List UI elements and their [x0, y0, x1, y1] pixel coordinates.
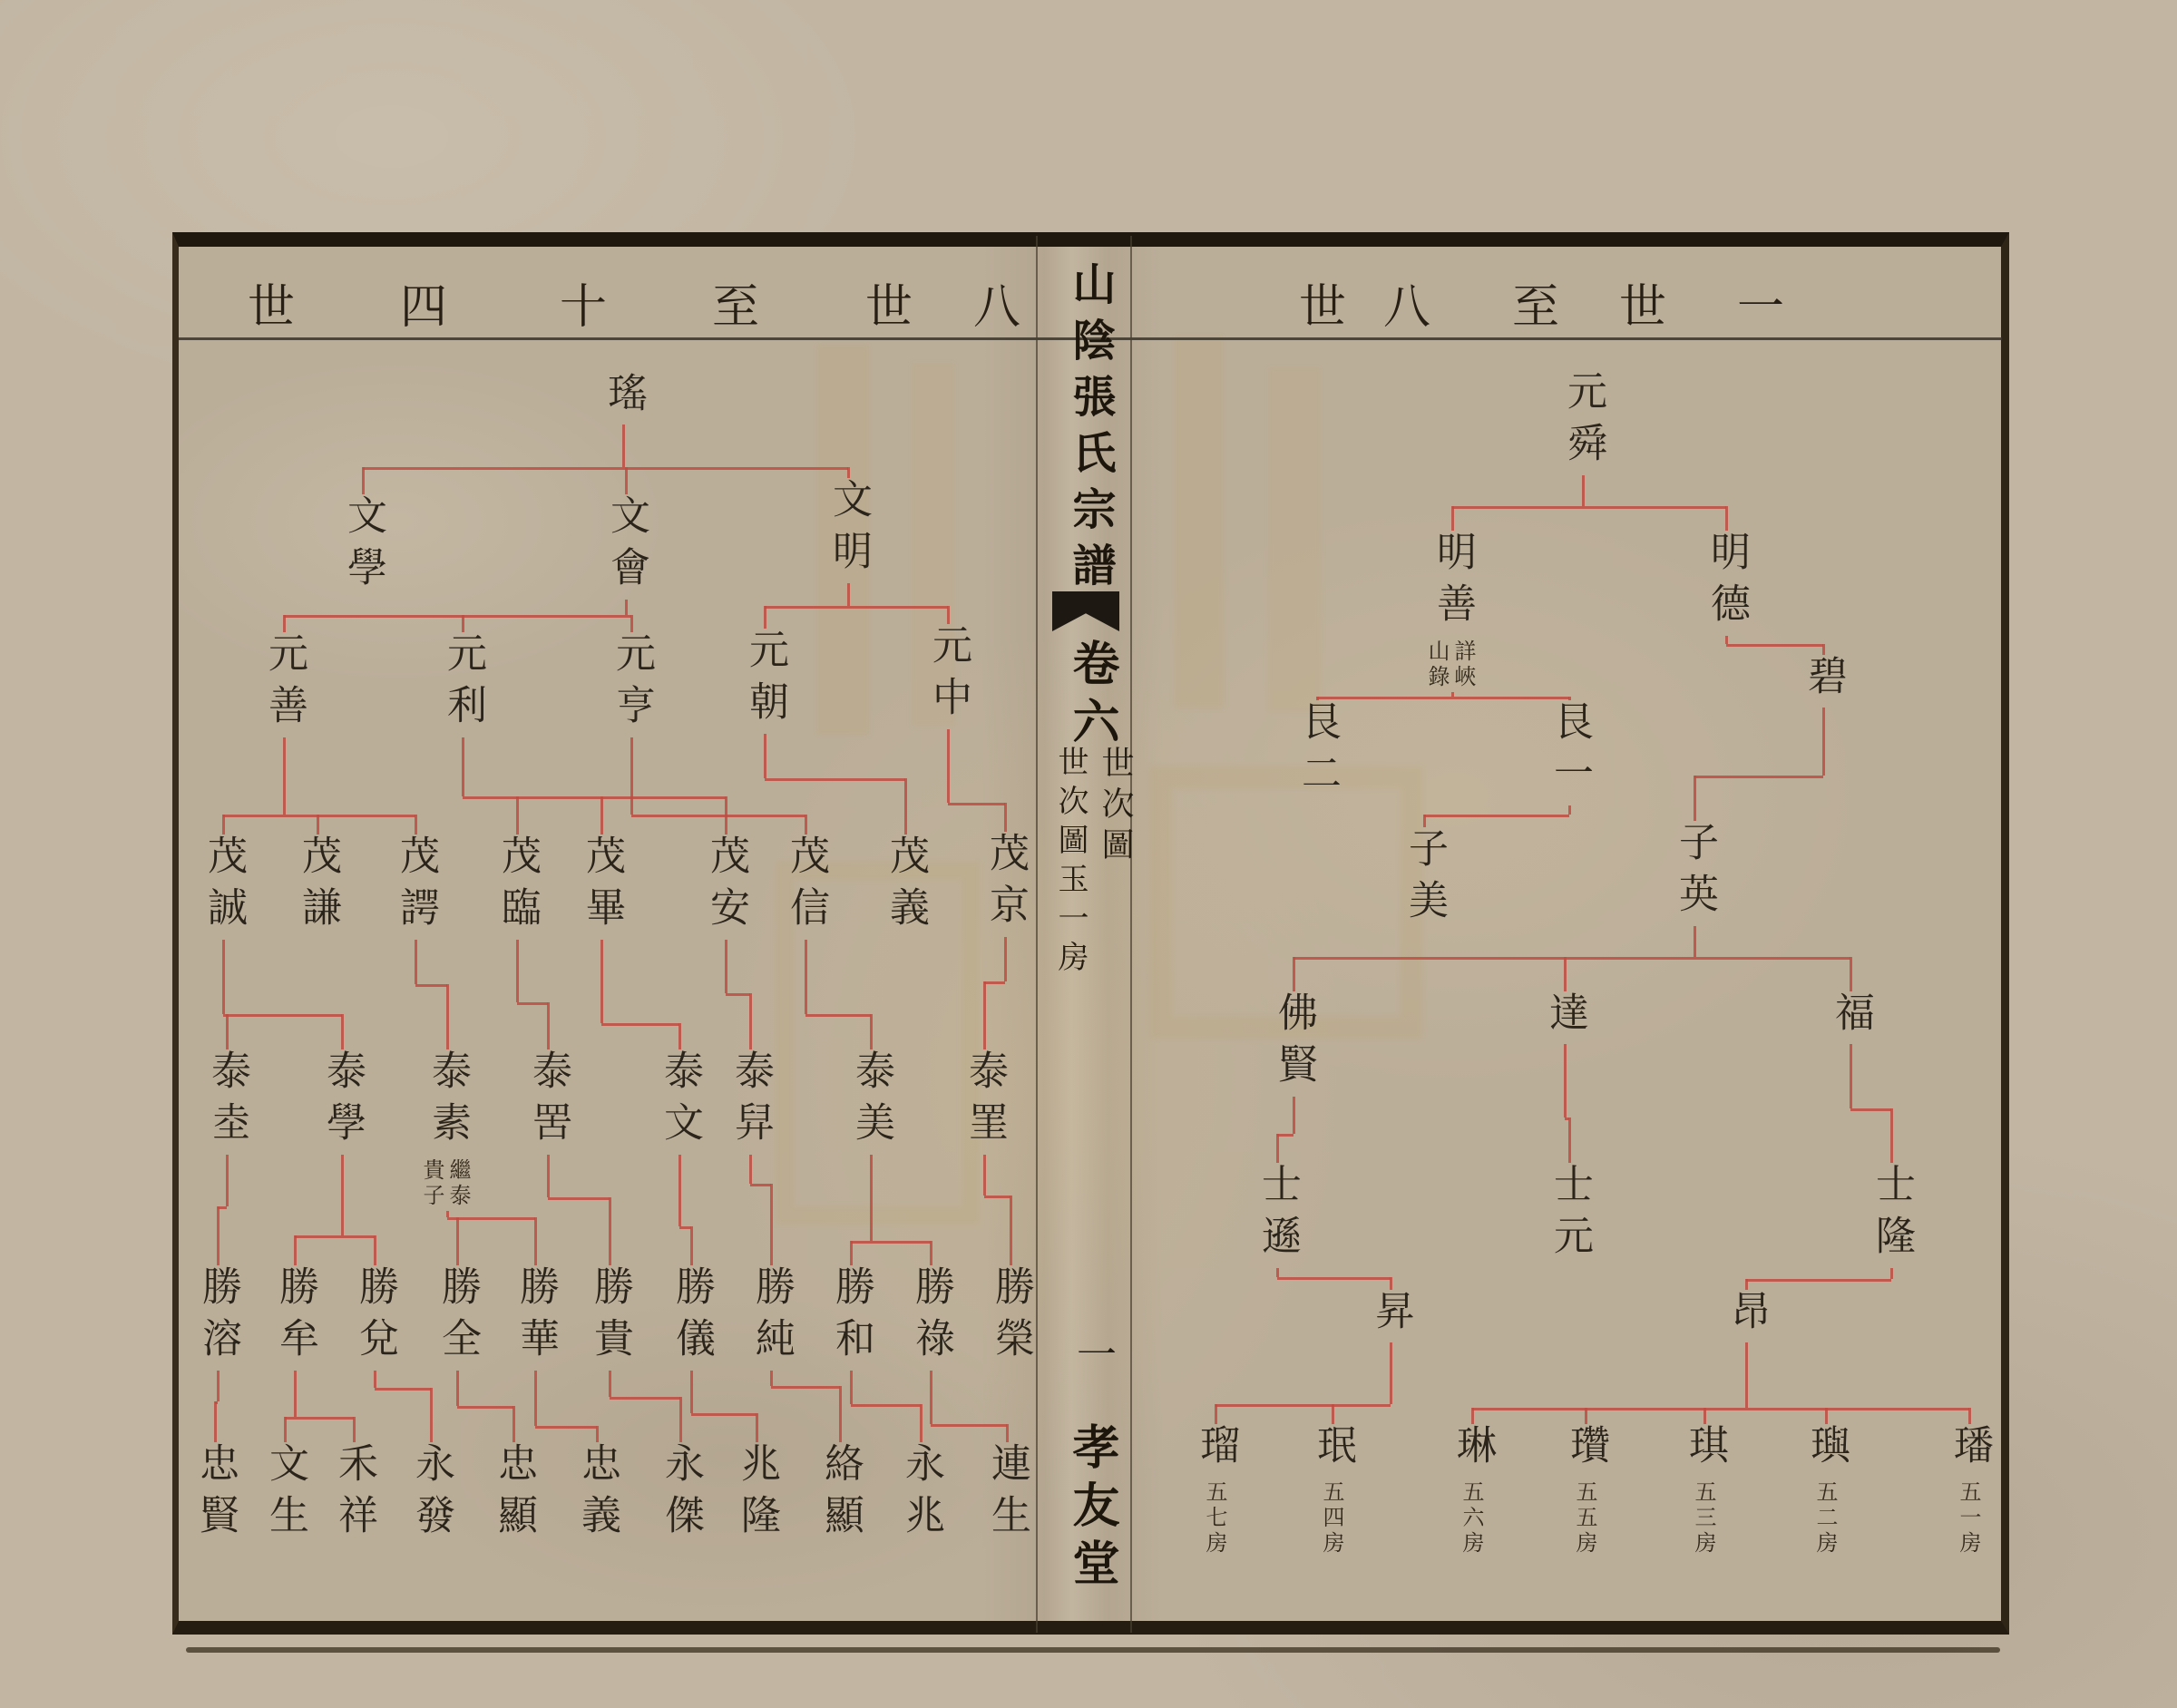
connector-child-drop	[749, 993, 752, 1049]
connector-child-drop	[1568, 697, 1571, 700]
connector-rail	[463, 796, 726, 799]
connector-parent-drop	[1390, 1342, 1392, 1404]
connector-child-drop	[1745, 1279, 1748, 1290]
chart-label: 世次圖	[1092, 746, 1138, 868]
connector-parent-drop	[1276, 1268, 1279, 1277]
connector-rail	[765, 606, 948, 609]
tree-node-L13-7: 勝儀	[670, 1265, 712, 1369]
connector-parent-drop	[850, 1371, 853, 1404]
tree-node-L10-5: 元中	[927, 624, 969, 727]
connector-child-drop	[1968, 1408, 1971, 1424]
annotation-L12-3: 繼泰貴子	[420, 1158, 470, 1209]
connector-rail	[1294, 957, 1850, 960]
tree-node-L11-1: 茂誠	[202, 834, 244, 938]
branch-note-R8-3: 五三房	[1692, 1480, 1715, 1557]
connector-child-drop	[214, 1401, 217, 1442]
tree-node-L11-6: 茂安	[705, 834, 747, 938]
tree-node-L11-7: 茂信	[785, 834, 826, 938]
spine-right-line	[1130, 236, 1132, 1633]
header-char-left: 世	[862, 268, 916, 337]
tree-node-L10-1: 元善	[263, 632, 305, 736]
tree-node-L12-6: 泰舁	[729, 1049, 771, 1153]
tree-node-L11-4: 茂臨	[496, 834, 538, 938]
connector-child-drop	[516, 796, 519, 834]
connector-parent-drop	[1822, 708, 1825, 776]
tree-node-L13-2: 勝牟	[274, 1265, 316, 1369]
header-char-right: 世	[1295, 268, 1350, 337]
connector-child-drop	[1293, 957, 1295, 991]
tree-node-L14-7: 永傑	[659, 1442, 701, 1546]
hall-name: 孝友堂	[1058, 1422, 1126, 1596]
connector-parent-drop	[1725, 636, 1728, 644]
connector-child-drop	[1704, 1408, 1706, 1424]
tree-node-L12-3: 泰素	[426, 1049, 468, 1153]
connector-parent-drop	[1004, 937, 1007, 981]
connector-parent-drop	[600, 940, 603, 1023]
connector-child-drop	[1276, 1134, 1279, 1163]
spine-left-line	[1036, 236, 1038, 1633]
connector-parent-drop	[725, 940, 727, 993]
connector-rail	[363, 467, 848, 470]
connector-child-drop	[625, 467, 628, 494]
connector-child-drop	[1006, 1424, 1009, 1442]
connector-rail	[771, 1386, 840, 1389]
connector-rail	[415, 984, 447, 987]
connector-child-drop	[222, 815, 225, 834]
connector-child-drop	[294, 1235, 297, 1265]
connector-rail	[1215, 1404, 1391, 1407]
connector-child-drop	[764, 606, 766, 629]
connector-parent-drop	[534, 1371, 537, 1426]
tree-node-L14-1: 忠賢	[194, 1442, 236, 1546]
connector-child-drop	[596, 1426, 599, 1442]
connector-child-drop	[609, 1197, 611, 1265]
connector-parent-drop	[462, 737, 464, 796]
tree-node-R7-2: 昇	[1370, 1290, 1411, 1342]
connector-parent-drop	[1582, 475, 1585, 506]
connector-rail	[295, 1235, 375, 1238]
tree-node-L13-9: 勝和	[830, 1265, 872, 1369]
connector-child-drop	[839, 1386, 842, 1442]
connector-child-drop	[600, 796, 603, 834]
connector-parent-drop	[770, 1371, 773, 1386]
tree-node-L11-8: 茂義	[884, 834, 926, 938]
connector-parent-drop	[1293, 1097, 1295, 1134]
header-char-right: 八	[1380, 268, 1434, 337]
tree-node-L14-11: 連生	[986, 1442, 1028, 1546]
connector-child-drop	[374, 1235, 376, 1265]
tree-node-R8-3: 琪	[1684, 1424, 1725, 1476]
tree-node-L12-7: 泰美	[850, 1049, 892, 1153]
connector-child-drop	[1850, 957, 1852, 991]
connector-child-drop	[1568, 1118, 1571, 1163]
connector-child-drop	[341, 1014, 344, 1049]
tree-node-L12-4: 泰罟	[527, 1049, 569, 1153]
tree-node-R6-2: 士元	[1548, 1163, 1590, 1266]
scanned-genealogy-photo: 山陰張氏宗譜 卷六 世次圖 世次圖玉一房 一 孝友堂 世四十至世八世八至世一瑤文…	[0, 0, 2177, 1708]
tree-node-R5-1: 福	[1830, 991, 1871, 1043]
annotation-column: 貴子	[420, 1158, 444, 1209]
connector-child-drop	[847, 467, 850, 478]
connector-parent-drop	[749, 1155, 752, 1184]
connector-rail	[285, 1417, 354, 1420]
connector-rail	[1472, 1408, 1969, 1410]
connector-rail	[601, 1023, 679, 1026]
connector-parent-drop	[983, 1155, 986, 1196]
connector-child-drop	[870, 1014, 873, 1049]
connector-rail	[851, 1241, 931, 1244]
connector-child-drop	[456, 1217, 459, 1265]
connector-rail	[931, 1424, 1007, 1427]
connector-rail	[223, 815, 415, 817]
tree-node-R3-2: 艮一	[1548, 700, 1590, 804]
tree-node-L12-5: 泰文	[659, 1049, 700, 1153]
connector-parent-drop	[764, 734, 766, 778]
header-char-left: 八	[970, 268, 1024, 337]
connector-rail	[805, 1014, 871, 1017]
connector-child-drop	[430, 1388, 433, 1442]
tree-node-L11-9: 茂京	[984, 832, 1026, 935]
tree-node-L14-9: 絡顯	[819, 1442, 861, 1546]
connector-parent-drop	[847, 583, 850, 606]
connector-rail	[1424, 815, 1569, 817]
connector-parent-drop	[678, 1155, 681, 1226]
connector-rail	[1694, 776, 1823, 778]
connector-rail	[1277, 1277, 1391, 1280]
tree-node-L14-8: 兆隆	[736, 1442, 777, 1546]
connector-child-drop	[226, 1014, 229, 1049]
branch-note-R8-1: 五一房	[1957, 1480, 1980, 1557]
connector-child-drop	[805, 815, 807, 834]
tree-node-R8-4: 瓚	[1565, 1424, 1606, 1476]
connector-child-drop	[1725, 506, 1728, 531]
connector-child-drop	[1390, 1277, 1392, 1290]
header-char-left: 至	[708, 268, 763, 337]
tree-node-L13-1: 勝溶	[197, 1265, 239, 1369]
connector-parent-drop	[456, 1371, 459, 1406]
connector-rail	[765, 778, 905, 781]
connector-parent-drop	[1890, 1268, 1893, 1279]
tree-node-R5-2: 達	[1544, 991, 1586, 1043]
connector-rail	[984, 1196, 1010, 1198]
branch-note-R8-5: 五六房	[1459, 1480, 1483, 1557]
tree-node-R1-1: 元舜	[1562, 370, 1604, 473]
header-char-left: 十	[556, 268, 610, 337]
tree-node-L13-8: 勝純	[750, 1265, 792, 1369]
book-title: 山陰張氏宗譜	[1059, 261, 1122, 599]
tree-node-L13-3: 勝兌	[354, 1265, 395, 1369]
header-char-right: 一	[1733, 268, 1788, 337]
connector-child-drop	[283, 615, 286, 632]
connector-parent-drop	[226, 1155, 229, 1206]
connector-rail	[851, 1404, 921, 1407]
connector-child-drop	[1822, 644, 1825, 655]
connector-child-drop	[534, 1217, 537, 1265]
connector-child-drop	[1316, 697, 1319, 700]
connector-child-drop	[284, 1417, 287, 1442]
tree-node-L14-3: 禾祥	[333, 1442, 375, 1546]
connector-child-drop	[690, 1226, 693, 1265]
header-char-right: 世	[1616, 268, 1670, 337]
annotation-column: 詳峽	[1451, 639, 1475, 690]
connector-parent-drop	[1568, 805, 1571, 815]
tree-node-L9-1: 文學	[342, 494, 384, 598]
header-char-left: 世	[244, 268, 298, 337]
connector-child-drop	[756, 1413, 758, 1442]
tree-node-R6-1: 士隆	[1870, 1163, 1912, 1266]
tree-node-R8-6: 珉	[1312, 1424, 1353, 1476]
connector-child-drop	[317, 815, 319, 834]
tree-node-L13-5: 勝華	[514, 1265, 556, 1369]
connector-parent-drop	[947, 729, 950, 803]
tree-node-L14-5: 忠顯	[493, 1442, 534, 1546]
connector-parent-drop	[930, 1371, 932, 1424]
tree-node-L14-2: 文生	[264, 1442, 306, 1546]
branch-note-R8-7: 五七房	[1203, 1480, 1226, 1557]
connector-rail	[691, 1413, 757, 1416]
tree-node-R5-3: 佛賢	[1273, 991, 1314, 1095]
connector-rail	[631, 815, 805, 817]
connector-rail	[750, 1184, 771, 1186]
connector-parent-drop	[222, 940, 225, 1014]
tree-node-L14-4: 永發	[410, 1442, 452, 1546]
chart-branch-label: 世次圖玉一房	[1049, 746, 1093, 980]
connector-child-drop	[217, 1206, 220, 1265]
connector-rail	[1726, 644, 1823, 647]
connector-child-drop	[1004, 803, 1007, 832]
connector-parent-drop	[609, 1371, 611, 1397]
connector-parent-drop	[1564, 1044, 1567, 1118]
connector-rail	[1452, 506, 1726, 509]
connector-child-drop	[904, 778, 907, 834]
tree-node-L11-2: 茂謙	[297, 834, 338, 938]
branch-note-R8-4: 五五房	[1573, 1480, 1596, 1557]
connector-rail	[223, 1014, 342, 1017]
connector-parent-drop	[374, 1371, 376, 1388]
connector-rail	[948, 803, 1005, 805]
tree-node-R3-3: 艮二	[1296, 700, 1338, 804]
tree-node-R2-2: 明善	[1431, 531, 1473, 634]
page-number: 一	[1063, 1333, 1121, 1373]
connector-rail	[726, 993, 750, 996]
connector-child-drop	[850, 1241, 853, 1265]
connector-child-drop	[770, 1184, 773, 1265]
connector-child-drop	[947, 606, 950, 624]
connector-child-drop	[513, 1406, 515, 1442]
tree-node-L13-10: 勝祿	[910, 1265, 952, 1369]
connector-child-drop	[930, 1241, 932, 1265]
connector-child-drop	[1694, 776, 1696, 821]
tree-node-L11-3: 茂諤	[395, 834, 436, 938]
tree-node-R6-3: 士遜	[1256, 1163, 1298, 1266]
connector-rail	[1850, 1108, 1891, 1111]
connector-child-drop	[1564, 957, 1567, 991]
connector-rail	[1277, 1134, 1294, 1137]
connector-parent-drop	[805, 940, 807, 1014]
connector-rail	[610, 1397, 680, 1400]
connector-child-drop	[353, 1417, 356, 1442]
tree-node-R8-7: 瑠	[1195, 1424, 1236, 1476]
connector-rail	[1746, 1279, 1891, 1282]
connector-parent-drop	[516, 940, 519, 1002]
connector-rail	[517, 1002, 548, 1005]
volume-label: 卷六	[1058, 639, 1126, 755]
tree-node-L8-1: 瑤	[602, 372, 644, 424]
connector-child-drop	[920, 1404, 923, 1442]
tree-node-L10-3: 元亨	[610, 632, 652, 736]
branch-note-R8-6: 五四房	[1320, 1480, 1343, 1557]
tree-node-L11-5: 茂畢	[581, 834, 622, 938]
connector-child-drop	[1890, 1108, 1893, 1163]
connector-parent-drop	[622, 425, 625, 467]
connector-parent-drop	[217, 1371, 220, 1401]
connector-child-drop	[983, 981, 986, 1049]
connector-parent-drop	[625, 600, 628, 615]
connector-child-drop	[1332, 1404, 1334, 1424]
connector-rail	[535, 1426, 597, 1429]
tree-node-L14-6: 忠義	[576, 1442, 618, 1546]
connector-rail	[447, 1217, 535, 1220]
annotation-column: 山錄	[1425, 639, 1449, 690]
annotation-column: 繼泰	[446, 1158, 470, 1209]
connector-parent-drop	[547, 1155, 550, 1197]
tree-node-L14-10: 永兆	[900, 1442, 942, 1546]
tree-node-L10-2: 元利	[442, 632, 483, 736]
connector-rail	[457, 1406, 513, 1409]
tree-node-R4-1: 子英	[1674, 821, 1715, 924]
connector-parent-drop	[630, 737, 633, 815]
connector-child-drop	[1215, 1404, 1217, 1424]
connector-child-drop	[547, 1002, 550, 1049]
tree-node-R3-1: 碧	[1802, 655, 1844, 707]
tree-node-L13-11: 勝榮	[990, 1265, 1031, 1369]
connector-child-drop	[678, 1023, 681, 1049]
connector-parent-drop	[1745, 1342, 1748, 1408]
tree-node-L9-2: 文會	[605, 494, 647, 598]
connector-child-drop	[362, 467, 365, 494]
connector-parent-drop	[690, 1371, 693, 1413]
connector-child-drop	[1585, 1408, 1587, 1424]
header-char-right: 至	[1508, 268, 1563, 337]
tree-node-L12-8: 泰罣	[963, 1049, 1005, 1153]
connector-child-drop	[446, 984, 449, 1049]
connector-child-drop	[1451, 506, 1454, 531]
connector-child-drop	[415, 815, 417, 834]
connector-child-drop	[462, 615, 464, 632]
connector-rail	[1317, 697, 1569, 699]
branch-note-R8-2: 五二房	[1813, 1480, 1837, 1557]
header-char-left: 四	[396, 268, 451, 337]
tree-node-L12-1: 泰坴	[206, 1049, 248, 1153]
tree-node-R8-1: 璠	[1948, 1424, 1990, 1476]
connector-rail	[375, 1388, 431, 1391]
connector-parent-drop	[1694, 926, 1696, 957]
tree-node-R8-2: 璵	[1805, 1424, 1847, 1476]
connector-child-drop	[1471, 1408, 1474, 1424]
connector-parent-drop	[341, 1155, 344, 1235]
connector-child-drop	[679, 1397, 682, 1442]
tree-node-L9-3: 文明	[827, 478, 869, 581]
connector-parent-drop	[294, 1371, 297, 1417]
tree-node-R8-5: 琳	[1451, 1424, 1493, 1476]
tree-node-R4-2: 子美	[1403, 827, 1445, 931]
connector-parent-drop	[415, 940, 417, 984]
connector-rail	[984, 981, 1005, 984]
connector-rail	[548, 1197, 610, 1200]
tree-node-L13-6: 勝貴	[589, 1265, 630, 1369]
connector-parent-drop	[870, 1155, 873, 1241]
book-bottom-edge	[186, 1647, 2000, 1653]
connector-parent-drop	[1850, 1044, 1852, 1108]
tree-node-L12-2: 泰學	[321, 1049, 363, 1153]
tree-node-L13-4: 勝全	[436, 1265, 478, 1369]
connector-parent-drop	[446, 1211, 449, 1217]
connector-parent-drop	[283, 737, 286, 815]
connector-rail	[284, 615, 631, 618]
connector-child-drop	[1010, 1196, 1012, 1265]
connector-child-drop	[1423, 815, 1426, 827]
connector-child-drop	[630, 615, 633, 632]
connector-child-drop	[1825, 1408, 1828, 1424]
tree-node-R7-1: 昂	[1725, 1290, 1767, 1342]
tree-node-L10-4: 元朝	[744, 629, 786, 732]
annotation-R2-2: 詳峽山錄	[1425, 639, 1475, 690]
tree-node-R2-1: 明德	[1705, 531, 1747, 634]
